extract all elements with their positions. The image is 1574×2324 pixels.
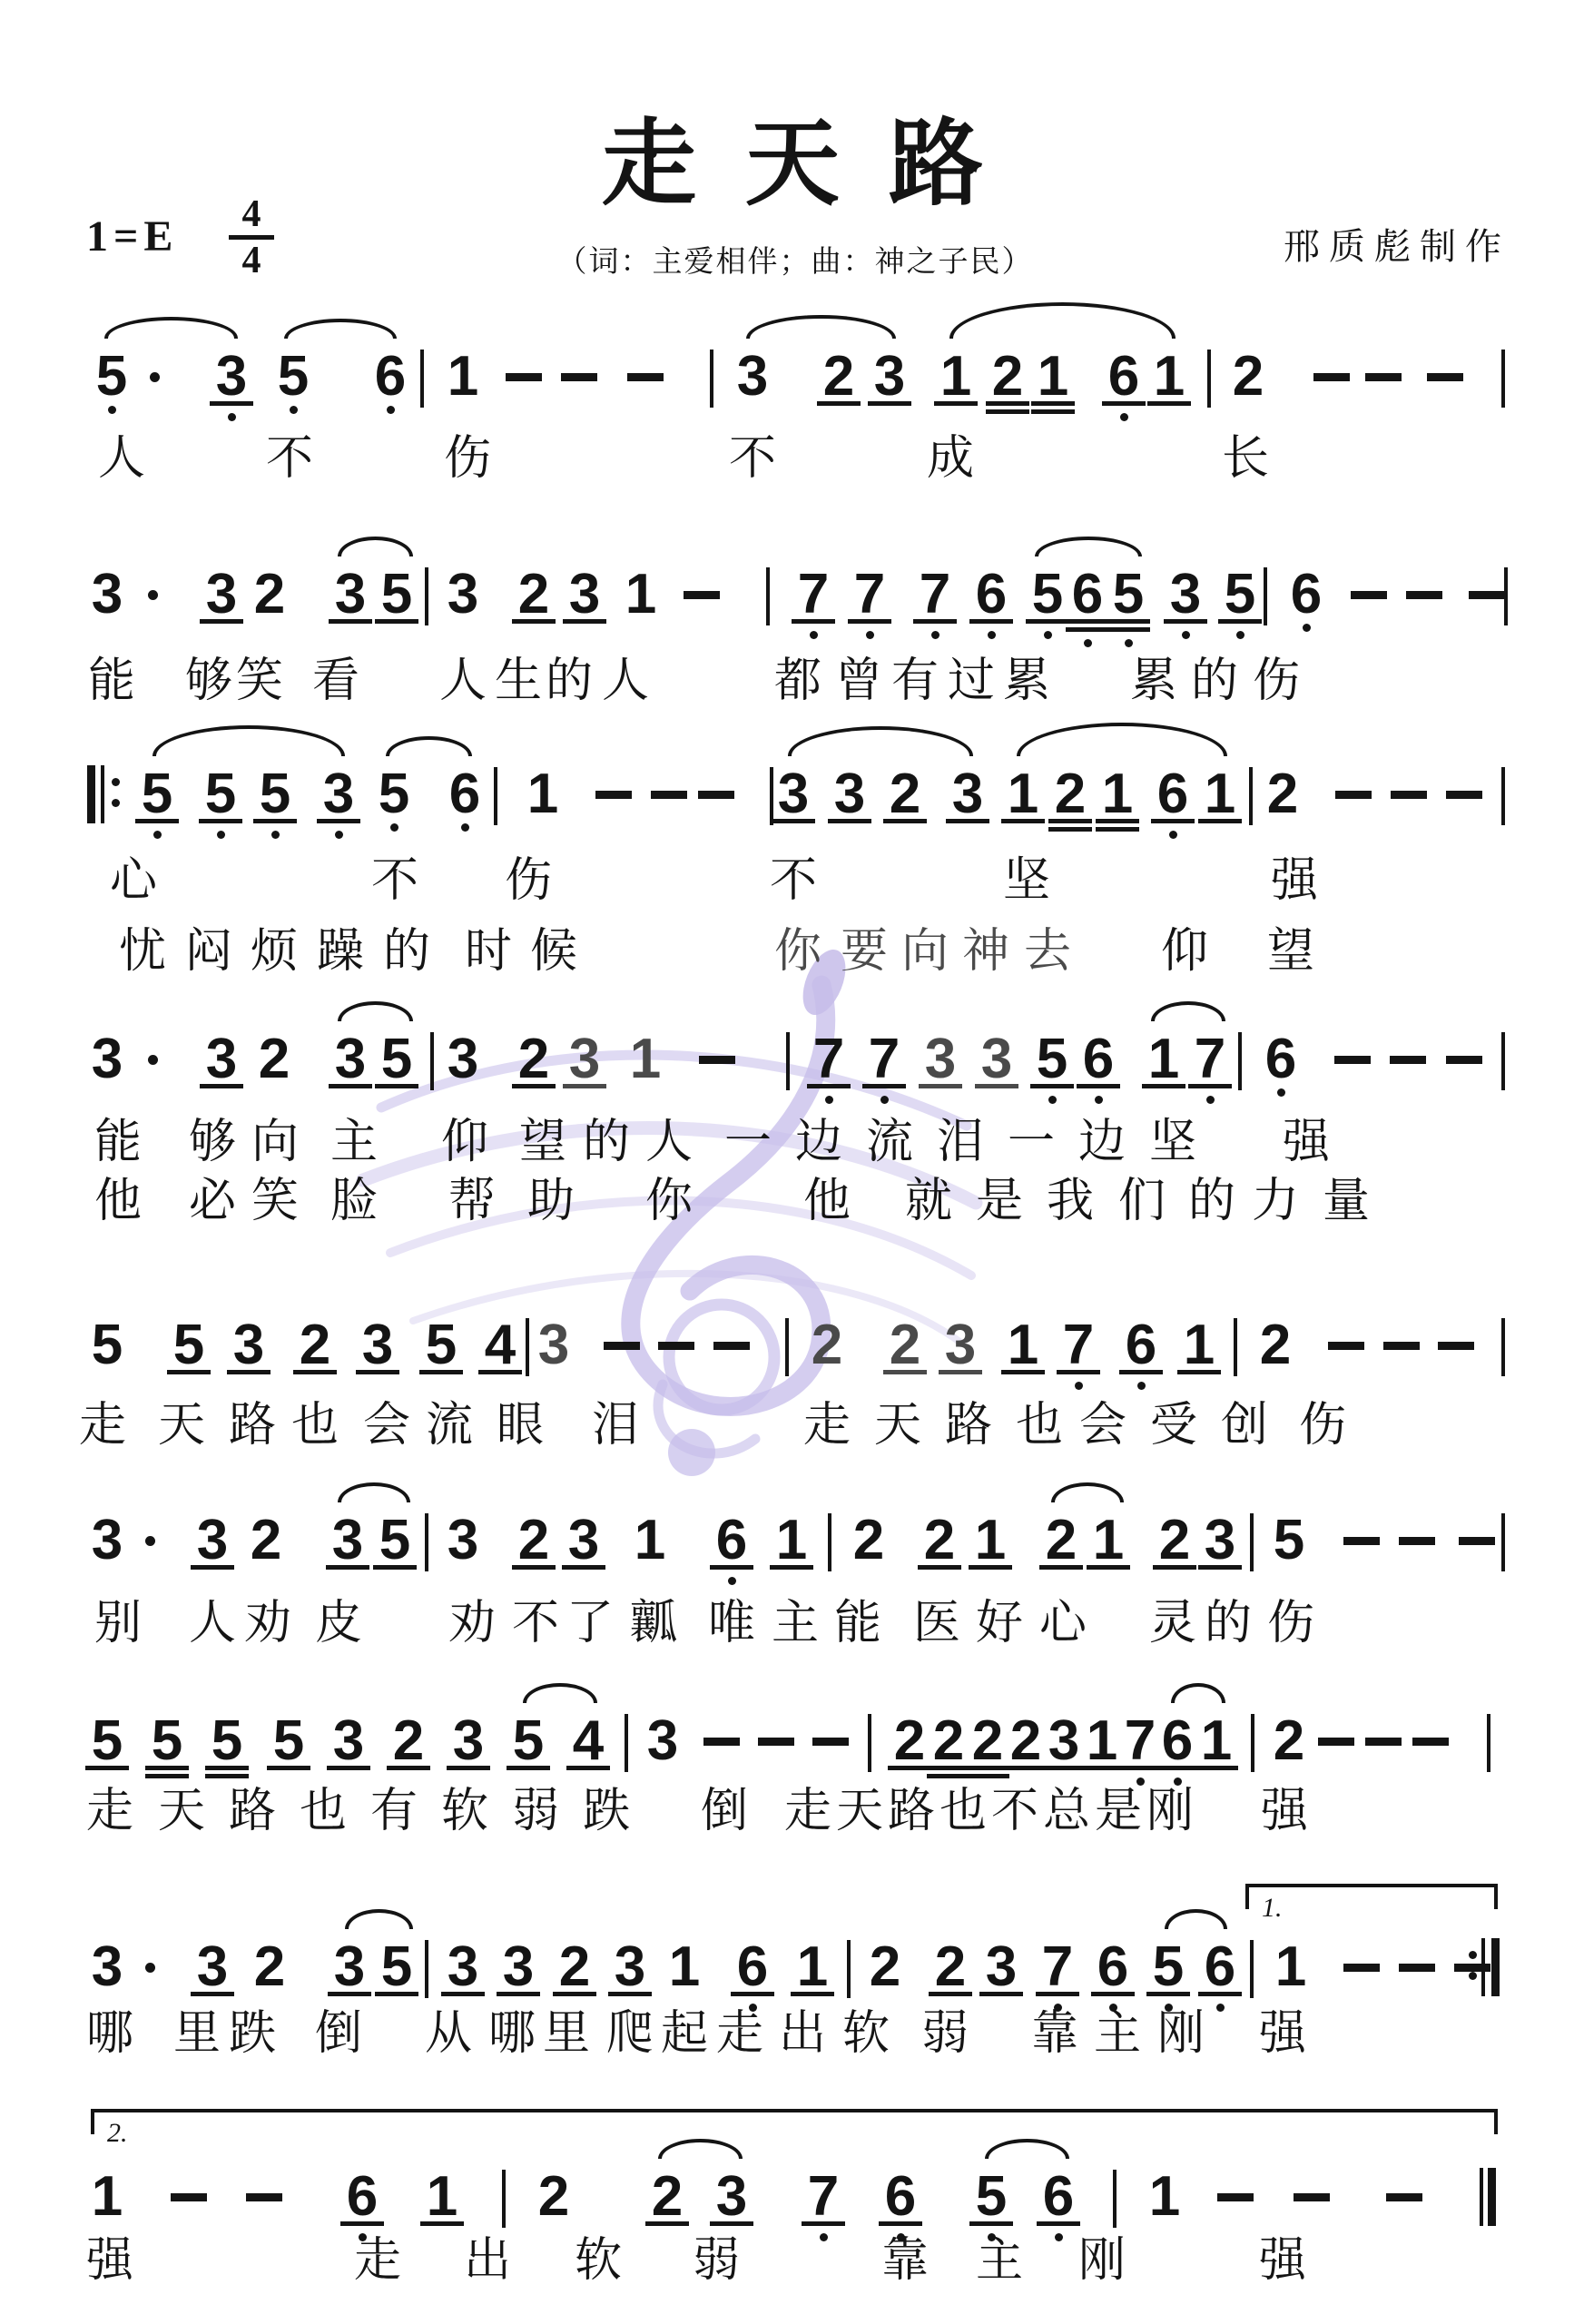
lyric-char: 主 <box>330 1118 378 1166</box>
duration-underline <box>447 1766 490 1770</box>
low-octave-dot <box>108 406 116 414</box>
lyric-char: 的 <box>1191 657 1238 704</box>
duration-underline <box>862 1084 906 1088</box>
duration-underline <box>1107 619 1150 624</box>
final-barline <box>1480 2168 1483 2226</box>
low-octave-dot <box>228 413 236 421</box>
duration-underline <box>817 401 861 406</box>
duration-underline <box>375 1084 418 1088</box>
barline <box>1504 567 1508 625</box>
duration-dash <box>698 791 734 799</box>
lyric-char: 主 <box>976 2237 1023 2284</box>
note-number: 4 <box>573 1713 604 1769</box>
duration-underline <box>802 2221 845 2226</box>
duration-underline <box>772 819 815 823</box>
lyric-char: 软 <box>842 2010 890 2057</box>
note-number: 3 <box>981 1031 1012 1088</box>
augmentation-dot <box>145 1536 155 1546</box>
note-number: 7 <box>920 566 950 623</box>
note-number: 1 <box>427 2169 457 2225</box>
note-number: 2 <box>559 1939 590 1995</box>
duration-dash <box>1294 2193 1330 2201</box>
duration-underline <box>919 1084 962 1088</box>
note-number: 3 <box>362 1317 393 1374</box>
note-number: 1 <box>940 349 971 405</box>
lyric-char: 望 <box>519 1118 566 1166</box>
duration-underline <box>1091 1992 1135 1996</box>
lyric-char: 路 <box>229 1787 276 1835</box>
low-octave-dot <box>728 1577 736 1585</box>
barline <box>430 1032 434 1090</box>
note-number: 6 <box>976 566 1007 623</box>
duration-underline <box>373 1565 417 1570</box>
duration-underline <box>979 1992 1023 1996</box>
lyric-char: 出 <box>464 2237 511 2284</box>
lyric-char: 的 <box>1188 1177 1235 1225</box>
duration-underline <box>1001 1370 1045 1374</box>
duration-dash <box>561 373 597 381</box>
duration-underline <box>375 619 418 624</box>
note-number: 5 <box>379 1512 410 1569</box>
note-number: 1 <box>1205 766 1235 822</box>
note-number: 1 <box>1093 1512 1124 1569</box>
note-number: 3 <box>448 566 478 623</box>
note-number: 5 <box>381 1939 412 1995</box>
lyric-char: 心 <box>110 857 157 904</box>
lyric-char: 向 <box>901 928 949 975</box>
note-number: 3 <box>1205 1512 1235 1569</box>
lyric-char: 是 <box>1095 1787 1142 1835</box>
barline <box>1238 1032 1242 1090</box>
slur-arc <box>338 1001 413 1021</box>
duration-underline <box>512 1565 556 1570</box>
lyric-char: 伤 <box>1253 657 1300 704</box>
lyric-char: 创 <box>1221 1402 1268 1449</box>
note-number: 3 <box>986 1939 1017 1995</box>
note-number: 2 <box>935 1939 966 1995</box>
duration-dash <box>1365 1738 1402 1746</box>
lyric-char: 会 <box>363 1402 410 1449</box>
slur-arc <box>788 726 973 756</box>
lyric-char: 软 <box>575 2237 622 2284</box>
note-number: 2 <box>1260 1317 1291 1374</box>
duration-dash <box>246 2193 282 2201</box>
duration-dash <box>1383 1342 1420 1350</box>
note-number: 6 <box>1126 1317 1156 1374</box>
note-number: 1 <box>92 2169 123 2225</box>
song-title: 走 天 路 <box>602 87 996 223</box>
low-octave-dot <box>866 631 874 639</box>
note-number: 5 <box>1274 1512 1304 1569</box>
duration-underline <box>1004 1766 1048 1770</box>
time-signature: 4 4 <box>229 194 274 281</box>
lyric-char: 也 <box>1016 1402 1063 1449</box>
barline <box>1501 1032 1505 1090</box>
note-number: 1 <box>669 1939 700 1995</box>
note-number: 5 <box>381 566 412 623</box>
slur-arc <box>949 302 1176 339</box>
duration-underline <box>1218 619 1262 624</box>
note-number: 1 <box>1102 766 1133 822</box>
note-number: 3 <box>216 349 247 405</box>
lyric-char: 能 <box>88 657 135 704</box>
lyric-char: 主 <box>1094 2010 1141 2057</box>
slur-arc <box>284 319 397 339</box>
barline <box>1113 2170 1117 2228</box>
low-octave-dot <box>1044 631 1052 639</box>
slur-arc <box>1035 537 1142 556</box>
lyric-char: 笑 <box>236 657 283 704</box>
note-number: 6 <box>1205 1939 1235 1995</box>
lyric-char: 里 <box>173 2010 221 2057</box>
note-number: 3 <box>503 1939 534 1995</box>
note-number: 5 <box>96 349 127 405</box>
duration-underline <box>969 1565 1012 1570</box>
duration-dash <box>1313 373 1350 381</box>
lyric-char: 起 <box>661 2010 708 2057</box>
duration-underline <box>1031 401 1075 406</box>
lyric-char: 要 <box>841 928 888 975</box>
duration-underline <box>969 2221 1013 2226</box>
duration-underline <box>1066 619 1109 624</box>
lyric-char: 倒 <box>701 1787 748 1835</box>
duration-underline <box>1198 819 1242 823</box>
note-number: 2 <box>251 1512 281 1569</box>
lyric-char: 走 <box>79 1402 126 1449</box>
lyric-char: 脸 <box>330 1177 378 1225</box>
volta-bracket <box>1494 2109 1498 2134</box>
low-octave-dot <box>461 823 469 832</box>
duration-dash <box>1399 1537 1435 1545</box>
note-number: 3 <box>197 1512 228 1569</box>
lyric-char: 软 <box>441 1787 488 1835</box>
lyric-char: 你 <box>774 928 821 975</box>
volta-bracket <box>91 2109 94 2134</box>
duration-underline <box>645 2221 689 2226</box>
note-number: 6 <box>1291 566 1322 623</box>
duration-underline <box>1107 627 1150 632</box>
lyric-char: 走 <box>716 2010 763 2057</box>
duration-dash <box>1438 1342 1474 1350</box>
note-number: 3 <box>453 1713 484 1769</box>
duration-underline <box>267 1766 310 1770</box>
note-number: 2 <box>300 1317 330 1374</box>
duration-dash <box>703 1738 740 1746</box>
lyric-char: 走 <box>784 1787 831 1835</box>
note-number: 2 <box>1159 1512 1190 1569</box>
volta-bracket <box>1245 1884 1249 1909</box>
lyric-char: 伤 <box>444 435 491 482</box>
lyric-char: 就 <box>905 1177 952 1225</box>
duration-underline <box>553 1992 596 1996</box>
note-number: 3 <box>448 1512 478 1569</box>
barline <box>502 2170 506 2228</box>
barline <box>1501 767 1505 825</box>
barline <box>828 1513 831 1571</box>
note-number: 3 <box>834 766 865 822</box>
lyric-char: 躁 <box>317 928 364 975</box>
lyric-char: 受 <box>1150 1402 1197 1449</box>
slur-arc <box>985 2139 1069 2159</box>
slur-arc <box>1051 1482 1124 1502</box>
note-number: 1 <box>1184 1317 1215 1374</box>
note-number: 3 <box>335 566 366 623</box>
duration-underline <box>145 1774 189 1778</box>
duration-underline <box>1048 819 1092 823</box>
note-number: 3 <box>92 1939 123 1995</box>
lyric-char: 长 <box>1222 435 1269 482</box>
duration-underline <box>710 2221 753 2226</box>
note-number: 2 <box>1046 1512 1077 1569</box>
lyric-char: 们 <box>1118 1177 1166 1225</box>
note-number: 5 <box>513 1713 544 1769</box>
note-number: 6 <box>347 2169 378 2225</box>
lyric-char: 劝 <box>448 1600 496 1647</box>
duration-underline <box>512 1084 556 1088</box>
barline <box>1501 350 1505 408</box>
lyric-char: 不 <box>770 857 817 904</box>
lyric-char: 我 <box>1047 1177 1094 1225</box>
slur-arc <box>1171 1683 1225 1703</box>
note-number: 1 <box>1149 2169 1180 2225</box>
note-number: 2 <box>518 1031 549 1088</box>
lyric-char: 笑 <box>251 1177 299 1225</box>
duration-underline <box>441 1992 485 1996</box>
note-number: 5 <box>1113 566 1144 623</box>
lyric-char: 跌 <box>229 2010 276 2057</box>
duration-underline <box>562 1565 605 1570</box>
duration-underline <box>879 2221 922 2226</box>
lyric-char: 跌 <box>583 1787 630 1835</box>
duration-underline <box>85 1766 129 1770</box>
lyric-char: 好 <box>976 1600 1023 1647</box>
note-number: 1 <box>635 1512 665 1569</box>
note-number: 2 <box>518 566 549 623</box>
note-number: 2 <box>1055 766 1086 822</box>
duration-underline <box>1153 1565 1196 1570</box>
duration-underline <box>986 409 1029 414</box>
low-octave-dot <box>387 406 395 414</box>
note-number: 2 <box>538 2169 569 2225</box>
note-number: 3 <box>925 1031 956 1088</box>
barline <box>770 767 773 825</box>
note-number: 2 <box>1233 349 1264 405</box>
note-number: 5 <box>92 1713 123 1769</box>
lyric-char: 向 <box>251 1118 299 1166</box>
note-number: 2 <box>1267 766 1298 822</box>
note-number: 3 <box>569 566 600 623</box>
low-octave-dot <box>1206 1096 1215 1104</box>
duration-underline <box>1188 1084 1232 1088</box>
note-number: 3 <box>874 349 905 405</box>
lyric-char: 力 <box>1252 1177 1299 1225</box>
note-number: 6 <box>1265 1031 1296 1088</box>
note-number: 3 <box>323 766 354 822</box>
low-octave-dot <box>1169 831 1177 839</box>
duration-underline <box>387 1766 430 1770</box>
note-number: 3 <box>197 1939 228 1995</box>
repeat-start-barline <box>101 765 104 823</box>
lyric-char: 也 <box>300 1787 347 1835</box>
low-octave-dot <box>1055 2233 1063 2241</box>
lyric-char: 仰 <box>1161 928 1208 975</box>
lyric-char: 的 <box>546 657 593 704</box>
note-number: 3 <box>448 1939 478 1995</box>
note-number: 3 <box>778 766 809 822</box>
lyric-char: 能 <box>94 1118 142 1166</box>
lyric-char: 累 <box>1003 657 1050 704</box>
low-octave-dot <box>1216 2004 1225 2012</box>
lyric-char: 累 <box>1130 657 1177 704</box>
repeat-start-barline <box>87 765 95 823</box>
barline <box>1487 1714 1490 1772</box>
slur-arc <box>523 1683 597 1703</box>
barline <box>494 767 497 825</box>
note-number: 2 <box>254 566 285 623</box>
lyric-char: 必 <box>189 1177 236 1225</box>
lyric-char: 过 <box>948 657 995 704</box>
duration-underline <box>1096 819 1139 823</box>
note-number: 7 <box>869 1031 900 1088</box>
low-octave-dot <box>1084 639 1092 647</box>
duration-underline <box>848 619 891 624</box>
duration-underline <box>1198 1565 1242 1570</box>
duration-dash <box>1406 591 1442 599</box>
slur-arc <box>152 725 345 756</box>
slur-arc <box>386 736 472 756</box>
note-number: 7 <box>1125 1713 1156 1769</box>
volta-number: 2. <box>107 2118 128 2149</box>
augmentation-dot <box>150 372 160 382</box>
note-number: 3 <box>538 1317 569 1374</box>
note-number: 5 <box>212 1713 242 1769</box>
key-signature: 1=E <box>86 212 178 261</box>
lyric-char: 弱 <box>512 1787 559 1835</box>
duration-underline <box>1156 1766 1199 1770</box>
duration-underline <box>975 1084 1018 1088</box>
note-number: 2 <box>972 1713 1003 1769</box>
duration-dash <box>1399 1964 1435 1972</box>
note-number: 3 <box>334 1939 365 1995</box>
barline <box>1264 567 1267 625</box>
lyric-char: 了 <box>566 1600 614 1647</box>
duration-dash <box>684 591 720 599</box>
repeat-dot <box>1469 1951 1477 1959</box>
lyric-char: 瓤 <box>630 1600 677 1647</box>
duration-underline <box>145 1766 189 1770</box>
duration-underline <box>1142 1084 1185 1088</box>
lyric-char: 倒 <box>315 2010 362 2057</box>
duration-underline <box>497 1992 540 1996</box>
lyric-char: 的 <box>383 928 430 975</box>
lyric-char: 的 <box>583 1118 630 1166</box>
note-number: 7 <box>798 566 829 623</box>
note-number: 6 <box>716 1512 747 1569</box>
low-octave-dot <box>988 631 996 639</box>
note-number: 2 <box>890 766 920 822</box>
lyric-char: 天 <box>158 1787 205 1835</box>
lyric-char: 靠 <box>881 2237 929 2284</box>
lyric-char: 哪 <box>488 2010 536 2057</box>
duration-underline <box>340 2221 384 2226</box>
lyric-char: 天 <box>874 1402 921 1449</box>
duration-underline <box>791 1992 834 1996</box>
lyric-char: 出 <box>779 2010 826 2057</box>
duration-underline <box>420 2221 464 2226</box>
lyric-char: 流 <box>866 1118 913 1166</box>
duration-dash <box>699 1056 735 1064</box>
duration-underline <box>167 1370 211 1374</box>
note-number: 5 <box>379 766 409 822</box>
note-number: 6 <box>1157 766 1188 822</box>
duration-underline <box>1077 1084 1120 1088</box>
low-octave-dot <box>290 406 298 414</box>
lyric-char: 伤 <box>1299 1402 1346 1449</box>
note-number: 1 <box>1154 349 1185 405</box>
lyric-char: 心 <box>1039 1600 1087 1647</box>
duration-dash <box>1446 1056 1482 1064</box>
duration-underline <box>512 619 556 624</box>
lyric-char: 爬 <box>606 2010 654 2057</box>
barline <box>1250 1513 1254 1571</box>
note-number: 3 <box>716 2169 747 2225</box>
note-number: 2 <box>1274 1713 1304 1769</box>
low-octave-dot <box>271 831 280 839</box>
lyric-char: 神 <box>962 928 1009 975</box>
lyric-char: 走 <box>354 2237 401 2284</box>
duration-underline <box>205 1766 249 1770</box>
lyric-char: 去 <box>1024 928 1071 975</box>
duration-underline <box>329 619 372 624</box>
note-number: 7 <box>1195 1031 1225 1088</box>
duration-underline <box>375 1992 418 1996</box>
lyric-char: 生 <box>495 657 542 704</box>
lyric-char: 边 <box>1078 1118 1126 1166</box>
duration-underline <box>927 1766 970 1770</box>
volta-number: 1. <box>1262 1893 1283 1924</box>
duration-dash <box>1386 2193 1422 2201</box>
barline <box>1207 350 1211 408</box>
lyric-char: 候 <box>530 928 577 975</box>
low-octave-dot <box>1277 1088 1285 1097</box>
lyric-char: 不 <box>512 1600 559 1647</box>
barline <box>785 1318 789 1376</box>
duration-underline <box>566 1766 610 1770</box>
volta-bracket <box>1245 1884 1498 1887</box>
note-number: 7 <box>813 1031 844 1088</box>
duration-dash <box>627 373 664 381</box>
repeat-dot <box>1469 1972 1477 1980</box>
lyric-char: 坚 <box>1149 1118 1196 1166</box>
time-signature-numerator: 4 <box>229 194 274 234</box>
note-number: 1 <box>448 349 478 405</box>
duration-underline <box>1147 401 1191 406</box>
note-number: 3 <box>448 1031 478 1088</box>
barline <box>786 1032 790 1090</box>
duration-underline <box>191 1565 234 1570</box>
duration-underline <box>969 619 1013 624</box>
duration-dash <box>1446 791 1482 799</box>
lyric-char: 助 <box>527 1177 575 1225</box>
note-number: 2 <box>259 1031 290 1088</box>
duration-underline <box>1057 1370 1100 1374</box>
note-number: 5 <box>273 1713 304 1769</box>
note-number: 2 <box>853 1512 884 1569</box>
barline <box>1501 1513 1505 1571</box>
lyric-char: 帮 <box>448 1177 496 1225</box>
barline <box>526 1318 529 1376</box>
duration-underline <box>1066 627 1109 632</box>
